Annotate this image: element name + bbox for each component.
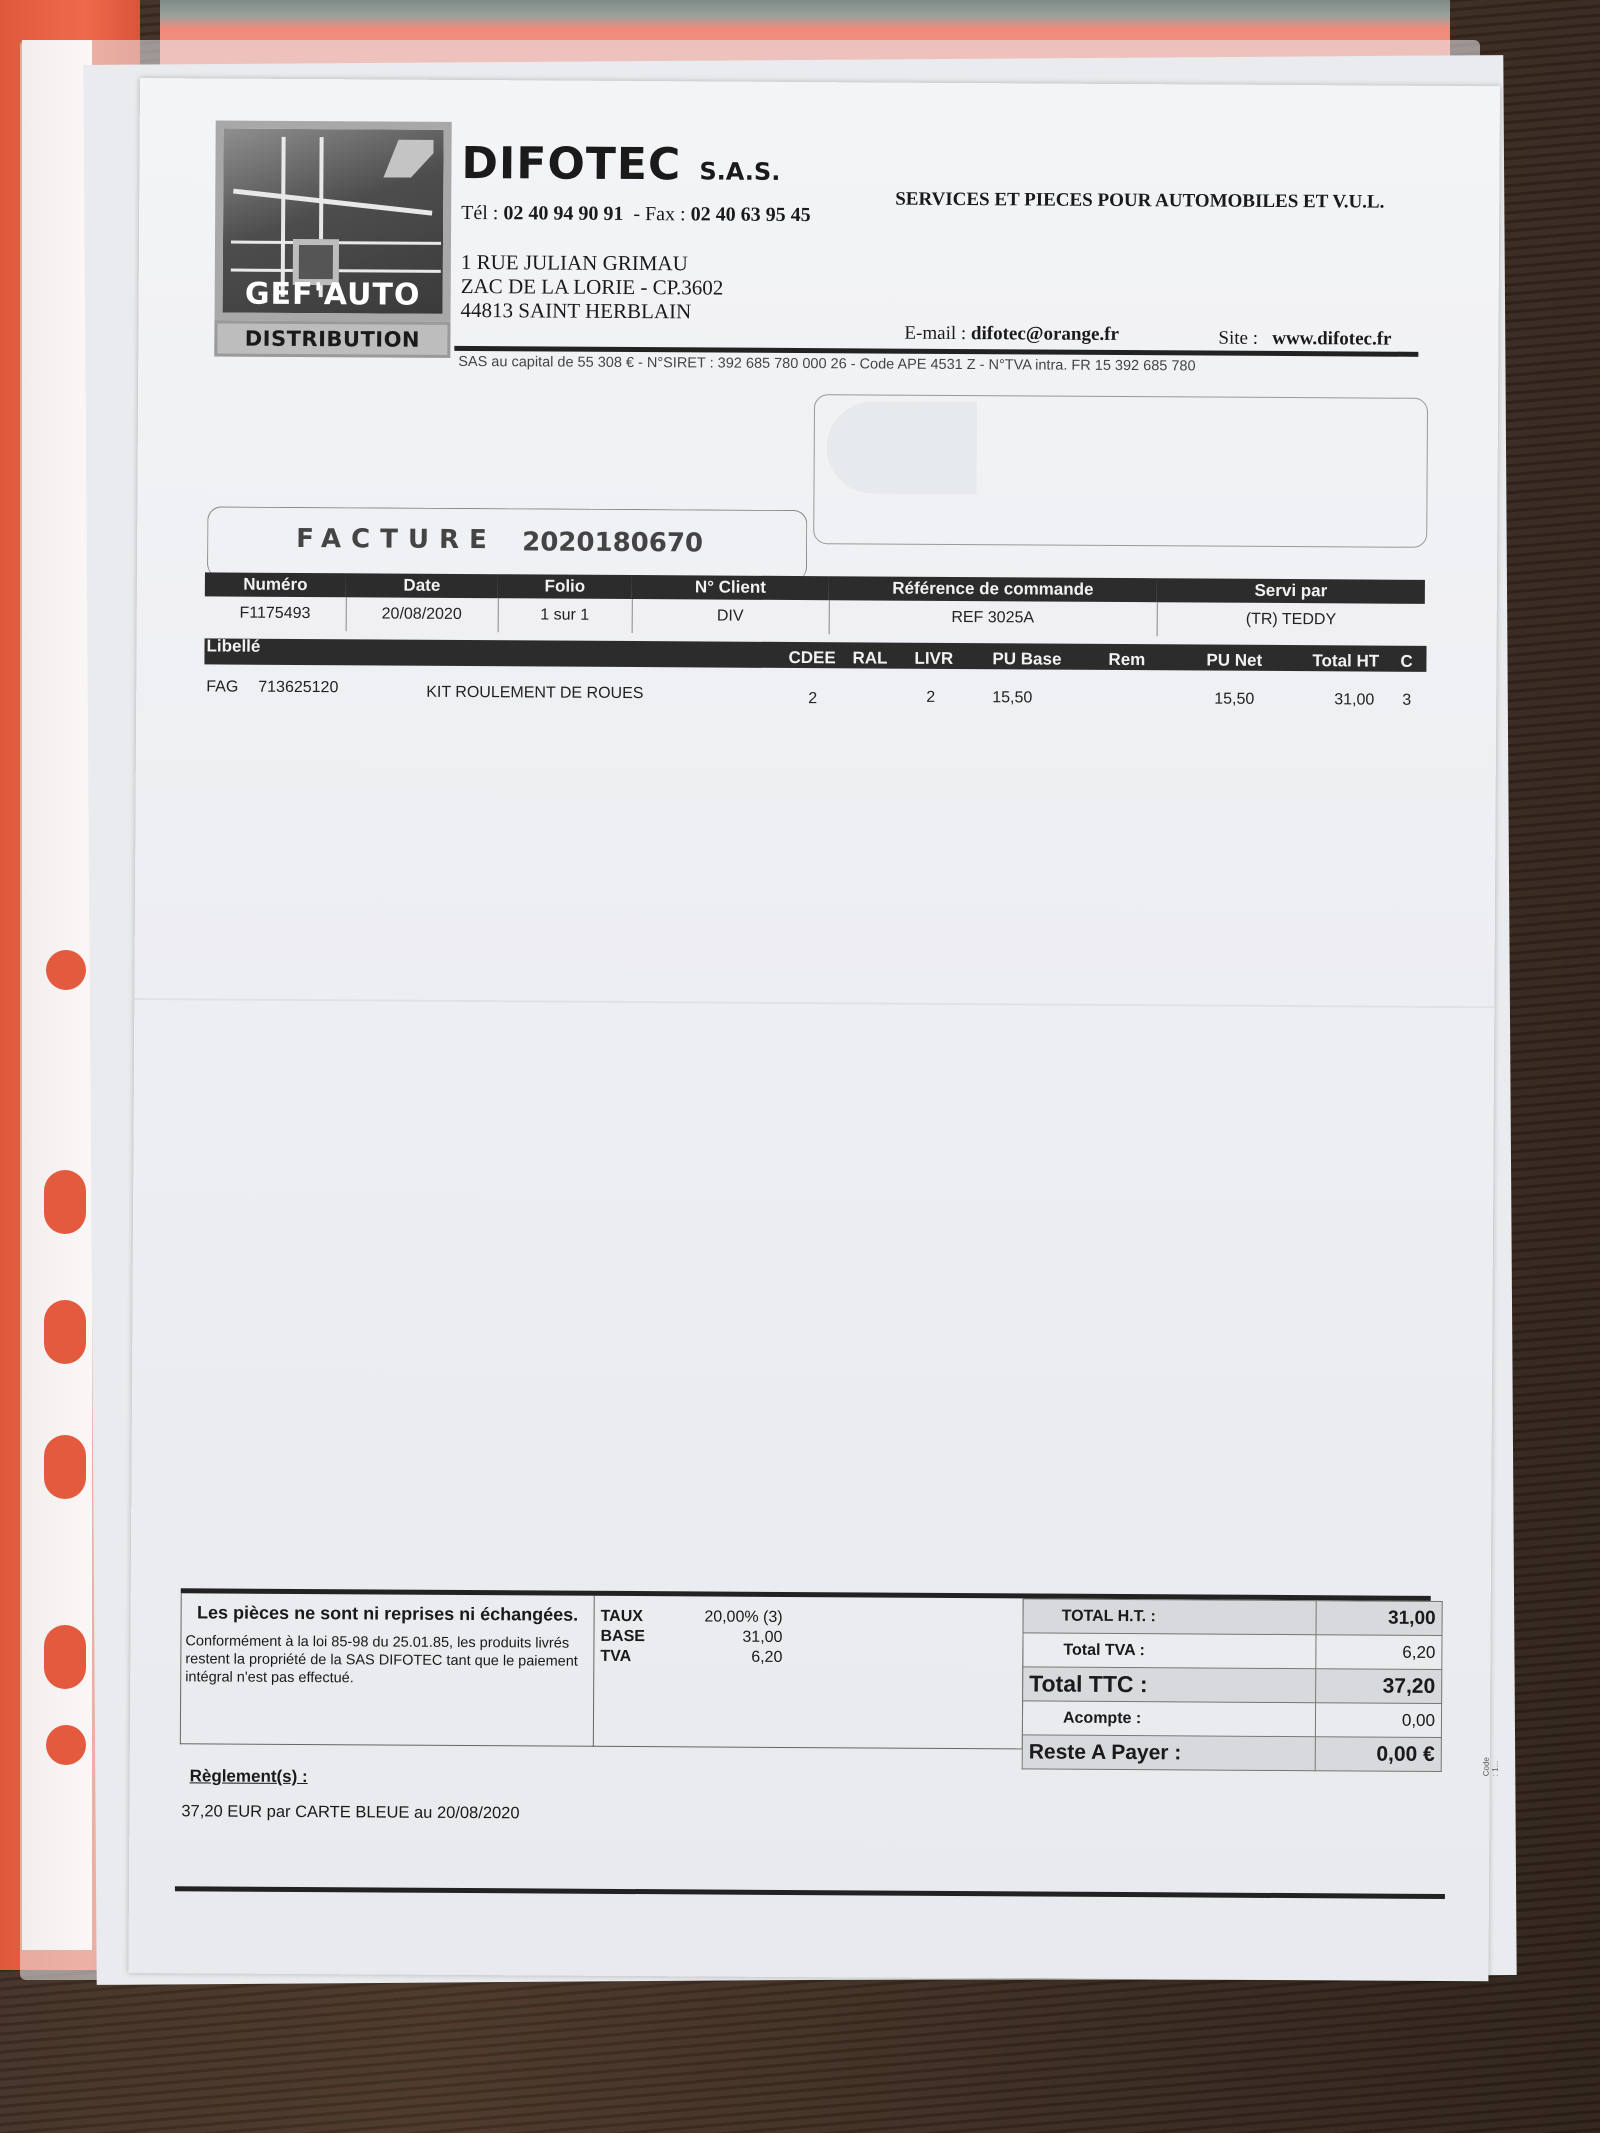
vat-rate-value: 20,00% (3) xyxy=(683,1608,783,1627)
invoice-page: GEF'AUTO DISTRIBUTION DIFOTEC S.A.S. SER… xyxy=(128,78,1500,1981)
balance-due-label: Reste A Payer : xyxy=(1022,1735,1315,1771)
company-legal-form: S.A.S. xyxy=(699,157,780,185)
col-numero: Numéro xyxy=(205,572,346,597)
value-date: 20/08/2020 xyxy=(346,597,498,632)
item-label: KIT ROULEMENT DE ROUES xyxy=(426,684,643,703)
total-ttc-value: 37,20 xyxy=(1315,1669,1441,1704)
deposit-row: Acompte : 0,00 xyxy=(1022,1701,1441,1738)
item-livr: 2 xyxy=(926,689,935,707)
col-pu-base: PU Base xyxy=(992,649,1061,669)
invoice-header-table: Numéro Date Folio N° Client Référence de… xyxy=(205,572,1425,637)
conditions-box: Les pièces ne sont ni reprises ni échang… xyxy=(180,1593,595,1747)
total-tva-value: 6,20 xyxy=(1316,1635,1442,1670)
payment-detail: 37,20 EUR par CARTE BLEUE au 20/08/2020 xyxy=(181,1802,519,1823)
table-row: FAG 713625120 KIT ROULEMENT DE ROUES 2 2… xyxy=(204,672,1426,709)
fold-line xyxy=(134,998,1494,1008)
phone-label: Tél : xyxy=(461,202,498,224)
vat-amount-row: TVA 6,20 xyxy=(592,1648,1022,1671)
company-website: Site : www.difotec.fr xyxy=(1218,328,1391,351)
vat-base-value: 31,00 xyxy=(682,1628,782,1647)
company-legal-info: SAS au capital de 55 308 € - N°SIRET : 3… xyxy=(458,354,1195,375)
deposit-label: Acompte : xyxy=(1022,1701,1315,1737)
logo-road-line xyxy=(233,189,432,216)
item-pu-base: 15,50 xyxy=(992,689,1032,707)
value-numero: F1175493 xyxy=(205,596,346,631)
redacted-area xyxy=(826,401,977,494)
fax-label: - Fax : xyxy=(633,203,685,225)
site-label: Site : xyxy=(1218,328,1258,349)
value-row: F1175493 20/08/2020 1 sur 1 DIV REF 3025… xyxy=(205,596,1425,637)
bottom-rule xyxy=(175,1886,1445,1899)
total-tva-row: Total TVA : 6,20 xyxy=(1023,1633,1442,1670)
vat-amount-value: 6,20 xyxy=(682,1648,782,1667)
email-value[interactable]: difotec@orange.fr xyxy=(971,323,1119,345)
vat-rate-label: TAUX xyxy=(601,1608,643,1626)
punch-hole xyxy=(44,1435,86,1499)
address-line: 44813 SAINT HERBLAIN xyxy=(461,298,724,324)
item-pu-net: 15,50 xyxy=(1214,691,1254,709)
address-line: 1 RUE JULIAN GRIMAU xyxy=(461,250,724,276)
total-ht-value: 31,00 xyxy=(1316,1601,1442,1636)
punch-hole xyxy=(46,1725,86,1765)
site-value[interactable]: www.difotec.fr xyxy=(1272,328,1391,350)
company-tagline: SERVICES ET PIECES POUR AUTOMOBILES ET V… xyxy=(895,189,1384,214)
col-order-ref: Référence de commande xyxy=(829,576,1157,602)
col-libelle: Libellé xyxy=(206,636,260,656)
punch-hole xyxy=(44,1300,86,1364)
col-rem: Rem xyxy=(1108,650,1145,670)
email-label: E-mail : xyxy=(904,323,966,344)
col-cdee: CDEE xyxy=(788,648,835,668)
phone-number: 02 40 94 90 91 xyxy=(503,202,623,225)
line-items-header: Libellé CDEE RAL LIVR PU Base Rem PU Net… xyxy=(204,638,1426,671)
company-address: 1 RUE JULIAN GRIMAU ZAC DE LA LORIE - CP… xyxy=(461,250,724,324)
value-order-ref: REF 3025A xyxy=(829,600,1157,636)
item-brand: FAG xyxy=(206,678,238,696)
logo-corner-shape xyxy=(383,139,433,177)
col-c: C xyxy=(1400,652,1412,672)
company-contact: Tél : 02 40 94 90 91 - Fax : 02 40 63 95… xyxy=(461,202,811,227)
col-date: Date xyxy=(346,573,498,598)
punch-hole xyxy=(44,1170,86,1234)
total-ht-label: TOTAL H.T. : xyxy=(1023,1599,1316,1635)
form-code: Code : 1... xyxy=(1482,1757,1500,1776)
item-tax-code: 3 xyxy=(1402,692,1411,710)
vat-base-row: BASE 31,00 xyxy=(592,1628,1022,1651)
address-line: ZAC DE LA LORIE - CP.3602 xyxy=(461,274,724,300)
logo-grid-line xyxy=(281,137,286,297)
company-name: DIFOTEC xyxy=(461,138,681,190)
value-served-by: (TR) TEDDY xyxy=(1157,602,1425,638)
balance-due-row: Reste A Payer : 0,00 € xyxy=(1022,1735,1441,1772)
col-served-by: Servi par xyxy=(1157,578,1425,604)
vat-breakdown: TAUX 20,00% (3) BASE 31,00 TVA 6,20 xyxy=(592,1596,1024,1750)
value-folio: 1 sur 1 xyxy=(498,598,632,633)
total-ttc-row: Total TTC : 37,20 xyxy=(1023,1667,1442,1704)
total-ttc-label: Total TTC : xyxy=(1023,1667,1316,1703)
payment-heading: Règlement(s) : xyxy=(190,1766,308,1787)
fax-number: 02 40 63 95 45 xyxy=(691,203,811,226)
client-address-box xyxy=(813,394,1428,548)
col-pu-net: PU Net xyxy=(1206,651,1262,671)
logo-sub-text: DISTRIBUTION xyxy=(214,320,450,357)
company-email: E-mail : difotec@orange.fr xyxy=(904,323,1119,346)
invoice-title-box: FACTURE 2020180670 xyxy=(207,506,807,581)
col-total-ht: Total HT xyxy=(1312,651,1379,671)
logo-brand-text: GEF'AUTO xyxy=(223,277,443,313)
item-total-ht: 31,00 xyxy=(1334,691,1374,709)
no-return-notice: Les pièces ne sont ni reprises ni échang… xyxy=(182,1601,594,1627)
col-ral: RAL xyxy=(852,648,887,668)
value-client: DIV xyxy=(632,599,829,634)
vat-rate-row: TAUX 20,00% (3) xyxy=(593,1608,1023,1631)
punch-hole xyxy=(44,1625,86,1689)
retention-of-title-clause: Conformément à la loi 85-98 du 25.01.85,… xyxy=(181,1632,593,1689)
col-client: N° Client xyxy=(632,575,829,600)
item-reference: 713625120 xyxy=(258,679,338,697)
total-ht-row: TOTAL H.T. : 31,00 xyxy=(1023,1599,1442,1636)
deposit-value: 0,00 xyxy=(1315,1703,1441,1738)
invoice-number: 2020180670 xyxy=(522,527,703,558)
vat-amount-label: TVA xyxy=(600,1648,631,1666)
balance-due-value: 0,00 € xyxy=(1315,1737,1441,1772)
invoice-title: FACTURE xyxy=(296,524,497,555)
punch-hole xyxy=(46,950,86,990)
col-livr: LIVR xyxy=(914,649,953,669)
item-cdee: 2 xyxy=(808,690,817,708)
vat-base-label: BASE xyxy=(600,1628,645,1646)
company-logo: GEF'AUTO DISTRIBUTION xyxy=(214,120,451,359)
col-folio: Folio xyxy=(498,574,632,599)
total-tva-label: Total TVA : xyxy=(1023,1633,1316,1669)
totals-table: TOTAL H.T. : 31,00 Total TVA : 6,20 Tota… xyxy=(1022,1598,1443,1772)
